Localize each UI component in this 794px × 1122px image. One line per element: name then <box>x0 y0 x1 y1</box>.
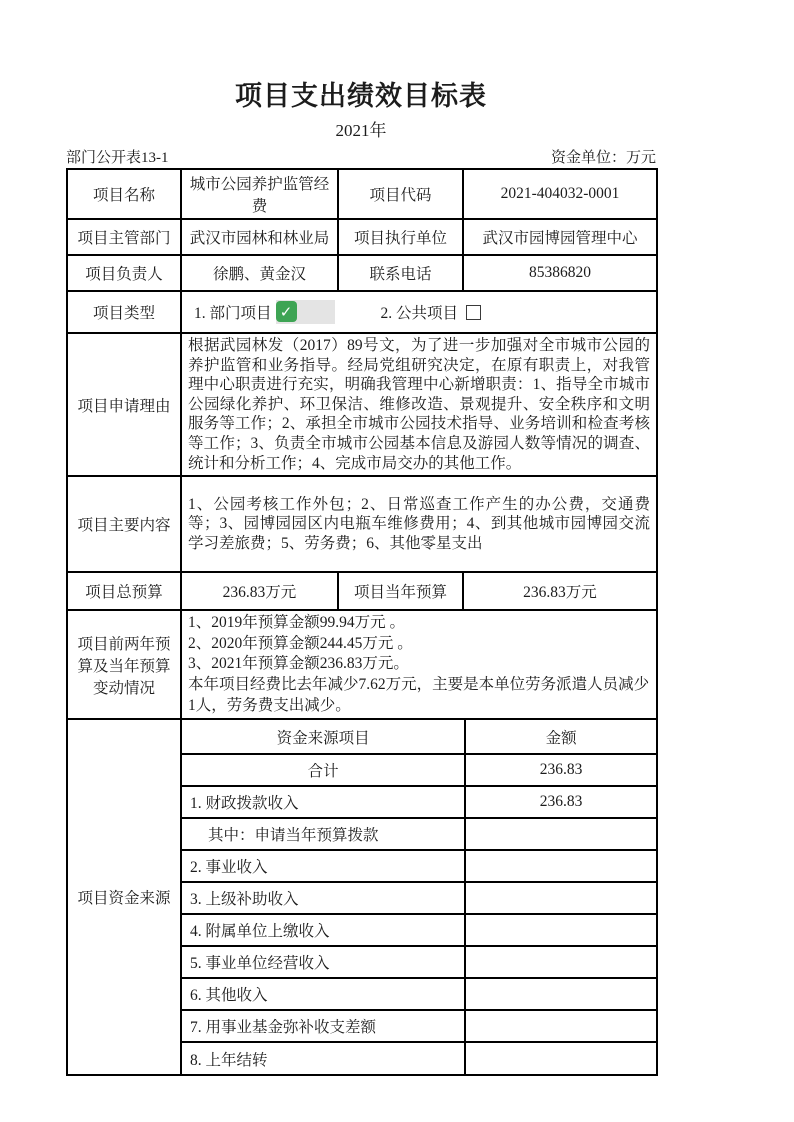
main-table: 项目名称 城市公园养护监管经费 项目代码 2021-404032-0001 项目… <box>66 168 658 1076</box>
row-apply-reason: 项目申请理由 根据武园林发（2017）89号文，为了进一步加强对全市城市公园的养… <box>67 333 657 476</box>
current-budget-value: 236.83万元 <box>463 572 657 610</box>
project-code-label: 项目代码 <box>338 169 463 219</box>
funding-row-amount: 236.83 <box>465 786 656 818</box>
project-name-label: 项目名称 <box>67 169 181 219</box>
main-content-text: 1、公园考核工作外包；2、日常巡查工作产生的办公费，交通费等；3、园博园园区内电… <box>181 476 657 572</box>
budget-history-text: 1、2019年预算金额99.94万元 。 2、2020年预算金额244.45万元… <box>181 610 657 719</box>
main-content-label: 项目主要内容 <box>67 476 181 572</box>
leader-label: 项目负责人 <box>67 255 181 291</box>
funding-row: 7. 用事业基金弥补收支差额 <box>182 1010 656 1042</box>
funding-table-cell: 资金来源项目 金额 合计 236.83 1. 财政拨款收入 236.83 <box>181 719 657 1075</box>
history-line: 2、2020年预算金额244.45万元 。 <box>188 634 650 655</box>
apply-reason-label: 项目申请理由 <box>67 333 181 476</box>
funding-row-total: 合计 236.83 <box>182 754 656 786</box>
funding-row-label: 合计 <box>182 754 465 786</box>
funding-col-amount-header: 金额 <box>465 720 656 754</box>
total-budget-label: 项目总预算 <box>67 572 181 610</box>
phone-label: 联系电话 <box>338 255 463 291</box>
funding-row: 2. 事业收入 <box>182 850 656 882</box>
funding-col-project-header: 资金来源项目 <box>182 720 465 754</box>
phone-value: 85386820 <box>463 255 657 291</box>
row-funding-sources: 项目资金来源 资金来源项目 金额 合计 236.83 <box>67 719 657 1075</box>
unit-note: 资金单位：万元 <box>551 146 656 167</box>
page-title: 项目支出绩效目标表 <box>66 74 656 113</box>
funding-row: 6. 其他收入 <box>182 978 656 1010</box>
funding-row-amount <box>465 1042 656 1074</box>
funding-row-amount <box>465 818 656 850</box>
apply-reason-text: 根据武园林发（2017）89号文，为了进一步加强对全市城市公园的养护监管和业务指… <box>181 333 657 476</box>
project-code-value: 2021-404032-0001 <box>463 169 657 219</box>
funding-row-label: 8. 上年结转 <box>182 1042 465 1074</box>
meta-row: 部门公开表13-1 资金单位：万元 <box>66 146 656 167</box>
project-name-value: 城市公园养护监管经费 <box>181 169 338 219</box>
row-budget-history: 项目前两年预算及当年预算变动情况 1、2019年预算金额99.94万元 。 2、… <box>67 610 657 719</box>
funding-row: 5. 事业单位经营收入 <box>182 946 656 978</box>
funding-row: 4. 附属单位上缴收入 <box>182 914 656 946</box>
history-line: 1、2019年预算金额99.94万元 。 <box>188 613 650 634</box>
page-subtitle: 2021年 <box>66 116 656 141</box>
document-page: 项目支出绩效目标表 2021年 部门公开表13-1 资金单位：万元 项目名称 城… <box>66 74 656 1076</box>
funding-row-label: 其中：申请当年预算拨款 <box>182 818 465 850</box>
funding-row: 8. 上年结转 <box>182 1042 656 1074</box>
funding-header-row: 资金来源项目 金额 <box>182 720 656 754</box>
total-budget-value: 236.83万元 <box>181 572 338 610</box>
project-type-options: 1. 部门项目 ✓ 2. 公共项目 <box>181 291 657 333</box>
funding-row: 1. 财政拨款收入 236.83 <box>182 786 656 818</box>
exec-unit-label: 项目执行单位 <box>338 219 463 255</box>
row-leader: 项目负责人 徐鹏、黄金汉 联系电话 85386820 <box>67 255 657 291</box>
history-line: 3、2021年预算金额236.83万元。 <box>188 654 650 675</box>
row-project-type: 项目类型 1. 部门项目 ✓ 2. 公共项目 <box>67 291 657 333</box>
funding-table: 资金来源项目 金额 合计 236.83 1. 财政拨款收入 236.83 <box>182 720 656 1074</box>
department-project-checkbox: ✓ <box>276 300 335 324</box>
funding-row: 其中：申请当年预算拨款 <box>182 818 656 850</box>
funding-row-label: 7. 用事业基金弥补收支差额 <box>182 1010 465 1042</box>
row-main-content: 项目主要内容 1、公园考核工作外包；2、日常巡查工作产生的办公费，交通费等；3、… <box>67 476 657 572</box>
funding-row-label: 4. 附属单位上缴收入 <box>182 914 465 946</box>
row-project-name: 项目名称 城市公园养护监管经费 项目代码 2021-404032-0001 <box>67 169 657 219</box>
funding-row-amount <box>465 882 656 914</box>
table-code: 部门公开表13-1 <box>66 146 169 167</box>
type-option-department-label: 1. 部门项目 <box>194 301 272 323</box>
project-type-label: 项目类型 <box>67 291 181 333</box>
checkmark-icon: ✓ <box>276 301 297 322</box>
dept-value: 武汉市园林和林业局 <box>181 219 338 255</box>
history-line: 本年项目经费比去年减少7.62万元，主要是本单位劳务派遣人员减少1人，劳务费支出… <box>188 675 650 716</box>
leader-value: 徐鹏、黄金汉 <box>181 255 338 291</box>
row-department: 项目主管部门 武汉市园林和林业局 项目执行单位 武汉市园博园管理中心 <box>67 219 657 255</box>
budget-history-label: 项目前两年预算及当年预算变动情况 <box>67 610 181 719</box>
dept-label: 项目主管部门 <box>67 219 181 255</box>
funding-row-amount <box>465 914 656 946</box>
funding-row-label: 6. 其他收入 <box>182 978 465 1010</box>
current-budget-label: 项目当年预算 <box>338 572 463 610</box>
funding-row-amount <box>465 1010 656 1042</box>
public-project-checkbox <box>466 305 481 320</box>
funding-row: 3. 上级补助收入 <box>182 882 656 914</box>
funding-row-label: 2. 事业收入 <box>182 850 465 882</box>
funding-row-amount <box>465 850 656 882</box>
exec-unit-value: 武汉市园博园管理中心 <box>463 219 657 255</box>
funding-sources-label: 项目资金来源 <box>67 719 181 1075</box>
funding-row-amount: 236.83 <box>465 754 656 786</box>
row-budget: 项目总预算 236.83万元 项目当年预算 236.83万元 <box>67 572 657 610</box>
funding-row-amount <box>465 946 656 978</box>
funding-row-label: 1. 财政拨款收入 <box>182 786 465 818</box>
funding-row-label: 5. 事业单位经营收入 <box>182 946 465 978</box>
funding-row-label: 3. 上级补助收入 <box>182 882 465 914</box>
type-option-public-label: 2. 公共项目 <box>381 301 459 323</box>
funding-row-amount <box>465 978 656 1010</box>
